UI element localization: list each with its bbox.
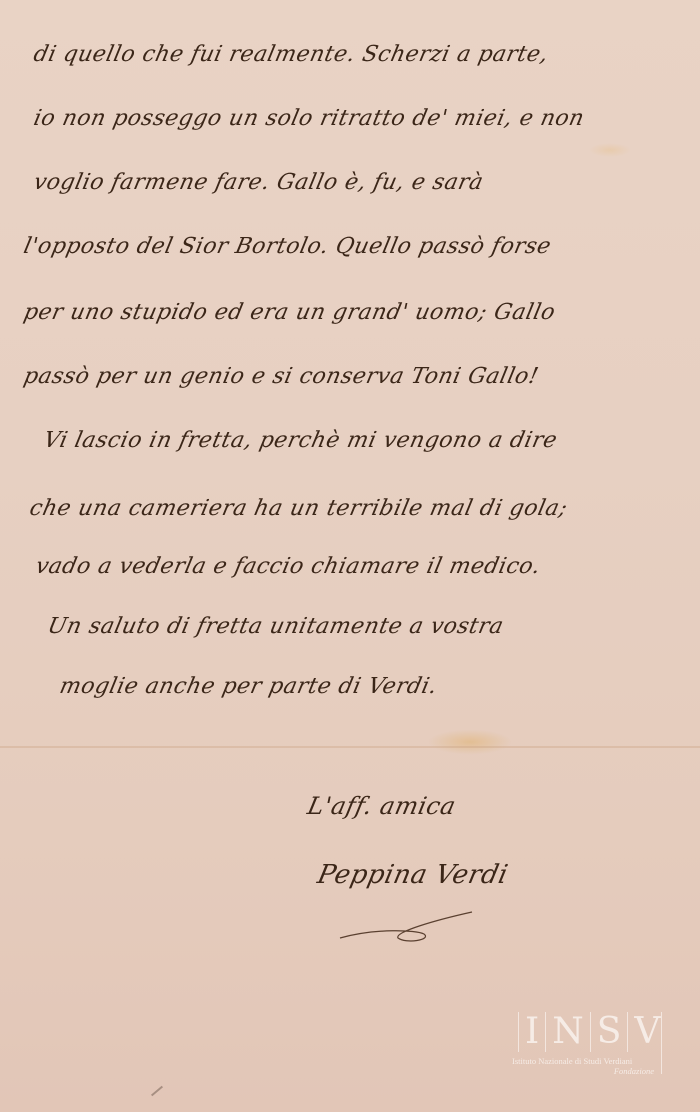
letter-line-11: moglie anche per parte di Verdi.: [57, 674, 439, 699]
letter-line-3: voglio farmene fare. Gallo è, fu, e sarà: [31, 170, 485, 195]
letter-line-6: passò per un genio e si conserva Toni Ga…: [21, 364, 541, 389]
logo-subtitle: Fondazione: [512, 1066, 662, 1076]
logo-separator: [590, 1012, 591, 1052]
logo-institution-name: Istituto Nazionale di Studi Verdiani: [512, 1056, 662, 1066]
letter-line-4: l'opposto del Sior Bortolo. Quello passò…: [21, 234, 553, 259]
letter-line-2: io non posseggo un solo ritratto de' mie…: [31, 106, 586, 131]
letter-line-1: di quello che fui realmente. Scherzi a p…: [31, 42, 550, 67]
logo-separator: [627, 1012, 628, 1052]
letter-line-5: per uno stupido ed era un grand' uomo; G…: [21, 300, 557, 325]
signature-flourish-icon: [336, 910, 476, 946]
paper-fold-line: [0, 746, 700, 748]
logo-letter: V: [634, 1012, 660, 1052]
letter-closing: L'aff. amica: [305, 792, 458, 820]
letter-signature: Peppina Verdi: [315, 860, 511, 890]
logo-rule: [661, 1012, 662, 1074]
pencil-mark: [151, 1086, 163, 1097]
letter-line-8: che una cameriera ha un terribile mal di…: [27, 496, 570, 521]
logo-separator: [545, 1012, 546, 1052]
logo-separator: [518, 1012, 519, 1052]
letter-line-10: Un saluto di fretta unitamente a vostra: [45, 614, 506, 639]
insv-watermark-logo: I N S V Istituto Nazionale di Studi Verd…: [512, 1012, 662, 1076]
manuscript-page: di quello che fui realmente. Scherzi a p…: [0, 0, 700, 1112]
logo-letter: N: [552, 1012, 584, 1052]
letter-line-9: vado a vederla e faccio chiamare il medi…: [33, 554, 543, 579]
logo-letter: S: [597, 1012, 622, 1052]
letter-line-7: Vi lascio in fretta, perchè mi vengono a…: [41, 428, 559, 453]
logo-letters: I N S V: [512, 1012, 662, 1052]
logo-letter: I: [525, 1012, 539, 1052]
